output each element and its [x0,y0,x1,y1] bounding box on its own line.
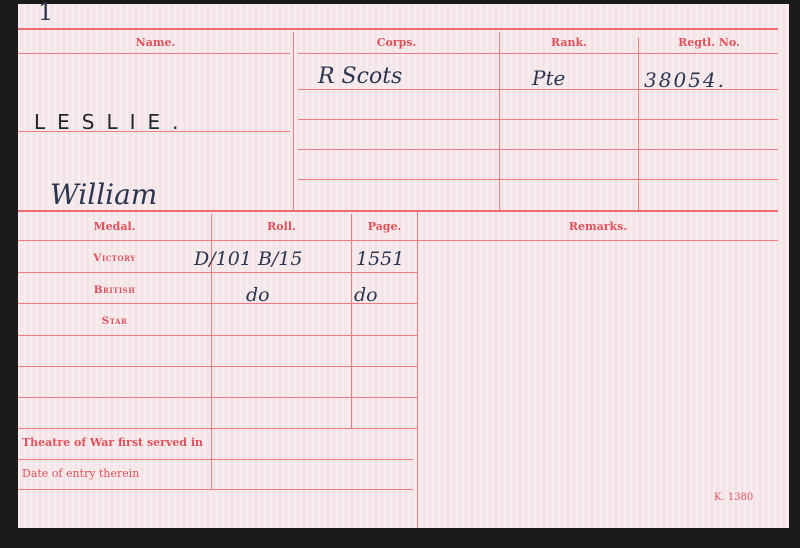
header-medal: Medal. [18,220,211,233]
divider-name-corps [293,32,294,210]
header-page: Page. [352,220,417,233]
rule-medal-header [18,240,778,241]
medal-index-card: Name. Corps. Rank. Regtl. No. 1 LESLIE. … [18,4,789,528]
rule-theatre [18,459,413,460]
medal-british-label: British [18,284,211,296]
rule-header [298,53,778,54]
corps-value: R Scots [318,64,402,89]
divider-roll-page [351,214,352,428]
british-page: do [354,284,378,306]
rule-entry-date [18,489,413,490]
index-mark: 1 [38,0,53,26]
rule-row5 [18,366,418,367]
divider-rank-regtl [638,38,639,210]
header-name: Name. [18,36,293,49]
theatre-label: Theatre of War first served in [22,436,203,449]
rank-value: Pte [532,66,565,90]
rule-victory [18,272,418,273]
header-regtl-no: Regtl. No. [639,36,779,49]
header-remarks: Remarks. [418,220,778,233]
header-roll: Roll. [212,220,351,233]
surname: LESLIE. [34,110,191,134]
victory-roll: D/101 B/15 [194,248,302,270]
rule-row7 [18,428,418,429]
forename: William [50,178,157,211]
divider-page-remarks [417,212,418,528]
rule-row3 [298,149,778,150]
rule-top [18,28,778,30]
header-corps: Corps. [294,36,499,49]
rule-row6 [18,397,418,398]
regtl-no-value: 38054. [644,68,726,92]
medal-star-label: Star [18,315,211,327]
rule-name-header [18,53,290,54]
british-roll: do [246,284,270,306]
rule-row2 [298,119,778,120]
divider-corps-rank [499,32,500,210]
rule-star [18,335,418,336]
medal-victory-label: Victory [18,252,211,264]
header-rank: Rank. [500,36,638,49]
victory-page: 1551 [356,248,404,270]
rule-row4 [298,179,778,180]
form-number: K. 1380 [714,492,753,503]
entry-date-label: Date of entry therein [22,467,139,480]
